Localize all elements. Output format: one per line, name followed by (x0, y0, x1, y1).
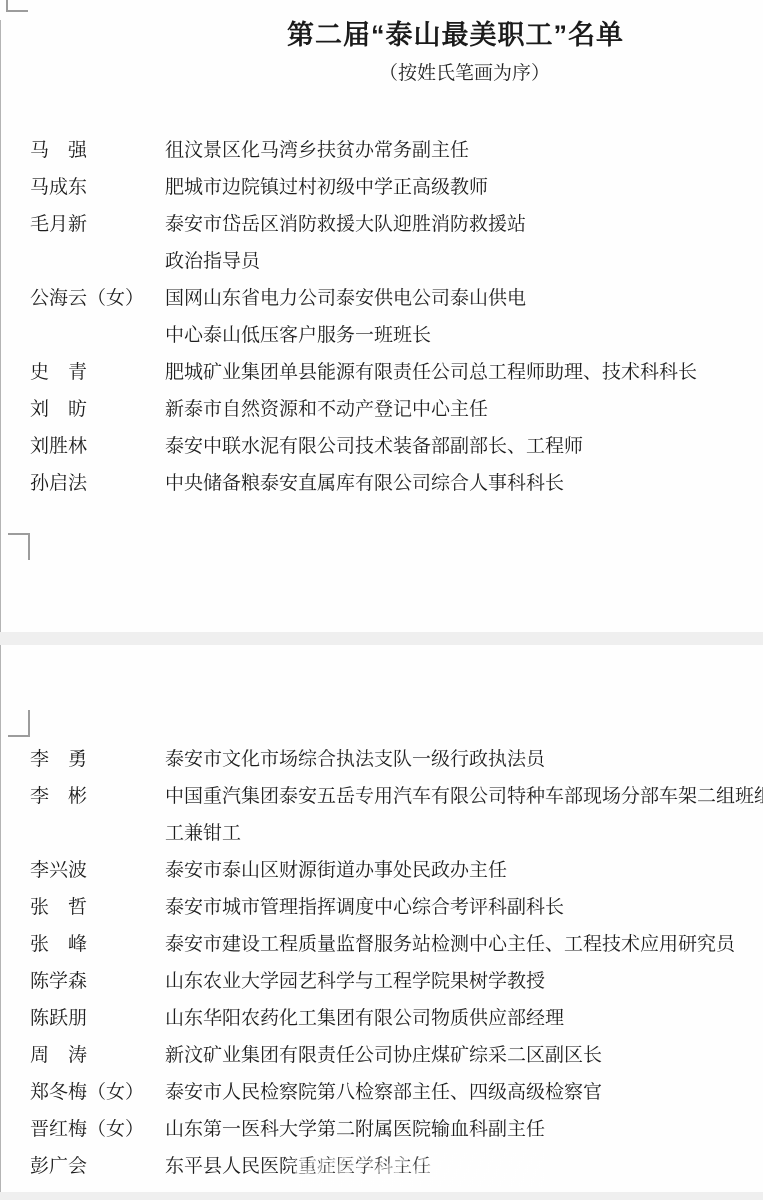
entry-role: 新汶矿业集团有限责任公司协庄煤矿综采二区副区长 (165, 1037, 763, 1074)
entry-role-line: 中央储备粮泰安直属库有限公司综合人事科科长 (165, 465, 763, 502)
page-1-list: 马 强徂汶景区化马湾乡扶贫办常务副主任马成东肥城市边院镇过村初级中学正高级教师毛… (0, 132, 763, 502)
entry-name: 马成东 (30, 169, 165, 206)
entry-role: 山东农业大学园艺科学与工程学院果树学教授 (165, 963, 763, 1000)
list-entry: 马成东肥城市边院镇过村初级中学正高级教师 (0, 169, 763, 206)
entry-name: 陈跃朋 (30, 1000, 165, 1037)
entry-role: 泰安市岱岳区消防救援大队迎胜消防救援站政治指导员 (165, 206, 763, 280)
entry-role-line: 中心泰山低压客户服务一班班长 (165, 317, 763, 354)
page-gap-band (0, 632, 763, 645)
list-entry: 张 哲泰安市城市管理指挥调度中心综合考评科副科长 (0, 889, 763, 926)
entry-role-line: 泰安市文化市场综合执法支队一级行政执法员 (165, 741, 763, 778)
list-entry: 李兴波泰安市泰山区财源街道办事处民政办主任 (0, 852, 763, 889)
list-entry: 史 青肥城矿业集团单县能源有限责任公司总工程师助理、技术科科长 (0, 354, 763, 391)
entry-role: 泰安市建设工程质量监督服务站检测中心主任、工程技术应用研究员 (165, 926, 763, 963)
list-entry: 马 强徂汶景区化马湾乡扶贫办常务副主任 (0, 132, 763, 169)
entry-name: 史 青 (30, 354, 165, 391)
list-entry: 彭广会东平县人民医院重症医学科主任 (0, 1148, 763, 1185)
entry-role-line: 山东农业大学园艺科学与工程学院果树学教授 (165, 963, 763, 1000)
entry-role-line: 政治指导员 (165, 243, 763, 280)
text-boundary-mark-top (6, 0, 28, 12)
entry-role: 泰安中联水泥有限公司技术装备部副部长、工程师 (165, 428, 763, 465)
document-page: { "document": { "title": "第二届“泰山最美职工”名单"… (0, 0, 763, 1200)
entry-role: 泰安市泰山区财源街道办事处民政办主任 (165, 852, 763, 889)
entry-role-line: 新泰市自然资源和不动产登记中心主任 (165, 391, 763, 428)
entry-role: 东平县人民医院重症医学科主任 (165, 1148, 763, 1185)
entry-role: 山东第一医科大学第二附属医院输血科副主任 (165, 1111, 763, 1148)
entry-role: 新泰市自然资源和不动产登记中心主任 (165, 391, 763, 428)
entry-role-line: 泰安市建设工程质量监督服务站检测中心主任、工程技术应用研究员 (165, 926, 763, 963)
entry-role-line: 泰安市岱岳区消防救援大队迎胜消防救援站 (165, 206, 763, 243)
entry-role-line: 国网山东省电力公司泰安供电公司泰山供电 (165, 280, 763, 317)
entry-name: 周 涛 (30, 1037, 165, 1074)
entry-role-line: 工兼钳工 (165, 815, 763, 852)
entry-role: 泰安市文化市场综合执法支队一级行政执法员 (165, 741, 763, 778)
entry-role: 山东华阳农药化工集团有限公司物质供应部经理 (165, 1000, 763, 1037)
entry-role: 泰安市城市管理指挥调度中心综合考评科副科长 (165, 889, 763, 926)
entry-role: 泰安市人民检察院第八检察部主任、四级高级检察官 (165, 1074, 763, 1111)
entry-name: 张 哲 (30, 889, 165, 926)
list-entry: 陈学森山东农业大学园艺科学与工程学院果树学教授 (0, 963, 763, 1000)
list-entry: 刘胜林泰安中联水泥有限公司技术装备部副部长、工程师 (0, 428, 763, 465)
entry-role-line: 肥城市边院镇过村初级中学正高级教师 (165, 169, 763, 206)
entry-role-line: 中国重汽集团泰安五岳专用汽车有限公司特种车部现场分部车架二组班组 (165, 778, 763, 815)
entry-role: 肥城市边院镇过村初级中学正高级教师 (165, 169, 763, 206)
entry-role-line: 新汶矿业集团有限责任公司协庄煤矿综采二区副区长 (165, 1037, 763, 1074)
entry-role: 中央储备粮泰安直属库有限公司综合人事科科长 (165, 465, 763, 502)
list-entry: 郑冬梅（女）泰安市人民检察院第八检察部主任、四级高级检察官 (0, 1074, 763, 1111)
entry-role: 国网山东省电力公司泰安供电公司泰山供电中心泰山低压客户服务一班班长 (165, 280, 763, 354)
entry-role: 肥城矿业集团单县能源有限责任公司总工程师助理、技术科科长 (165, 354, 763, 391)
entry-name: 毛月新 (30, 206, 165, 243)
bottom-gap-band (0, 1192, 763, 1200)
entry-role-line: 徂汶景区化马湾乡扶贫办常务副主任 (165, 132, 763, 169)
entry-role: 中国重汽集团泰安五岳专用汽车有限公司特种车部现场分部车架二组班组工兼钳工 (165, 778, 763, 852)
entry-name: 李 勇 (30, 741, 165, 778)
entry-name: 刘胜林 (30, 428, 165, 465)
entry-name: 郑冬梅（女） (30, 1074, 165, 1111)
entry-name: 公海云（女） (30, 280, 165, 317)
list-entry: 李 彬中国重汽集团泰安五岳专用汽车有限公司特种车部现场分部车架二组班组工兼钳工 (0, 778, 763, 852)
list-entry: 周 涛新汶矿业集团有限责任公司协庄煤矿综采二区副区长 (0, 1037, 763, 1074)
entry-role-line: 泰安市人民检察院第八检察部主任、四级高级检察官 (165, 1074, 763, 1111)
entry-name: 李兴波 (30, 852, 165, 889)
text-boundary-mark-page1-bottom (8, 533, 30, 560)
list-entry: 公海云（女）国网山东省电力公司泰安供电公司泰山供电中心泰山低压客户服务一班班长 (0, 280, 763, 354)
entry-name: 马 强 (30, 132, 165, 169)
document-subtitle: （按姓氏笔画为序） (379, 58, 550, 85)
list-entry: 李 勇泰安市文化市场综合执法支队一级行政执法员 (0, 741, 763, 778)
entry-role-line: 泰安市泰山区财源街道办事处民政办主任 (165, 852, 763, 889)
page-2-list: 李 勇泰安市文化市场综合执法支队一级行政执法员李 彬中国重汽集团泰安五岳专用汽车… (0, 741, 763, 1185)
entry-name: 刘 昉 (30, 391, 165, 428)
list-entry: 陈跃朋山东华阳农药化工集团有限公司物质供应部经理 (0, 1000, 763, 1037)
entry-name: 晋红梅（女） (30, 1111, 165, 1148)
entry-role-line: 泰安市城市管理指挥调度中心综合考评科副科长 (165, 889, 763, 926)
document-title: 第二届“泰山最美职工”名单 (287, 13, 624, 52)
entry-name: 彭广会 (30, 1148, 165, 1185)
entry-role: 徂汶景区化马湾乡扶贫办常务副主任 (165, 132, 763, 169)
list-entry: 张 峰泰安市建设工程质量监督服务站检测中心主任、工程技术应用研究员 (0, 926, 763, 963)
text-boundary-mark-page2-top (8, 710, 30, 737)
list-entry: 晋红梅（女）山东第一医科大学第二附属医院输血科副主任 (0, 1111, 763, 1148)
entry-name: 张 峰 (30, 926, 165, 963)
list-entry: 孙启法中央储备粮泰安直属库有限公司综合人事科科长 (0, 465, 763, 502)
entry-role-line: 肥城矿业集团单县能源有限责任公司总工程师助理、技术科科长 (165, 354, 763, 391)
list-entry: 刘 昉新泰市自然资源和不动产登记中心主任 (0, 391, 763, 428)
entry-name: 李 彬 (30, 778, 165, 815)
entry-role-line: 东平县人民医院重症医学科主任 (165, 1148, 763, 1185)
list-entry: 毛月新泰安市岱岳区消防救援大队迎胜消防救援站政治指导员 (0, 206, 763, 280)
entry-role-line: 泰安中联水泥有限公司技术装备部副部长、工程师 (165, 428, 763, 465)
entry-name: 孙启法 (30, 465, 165, 502)
entry-name: 陈学森 (30, 963, 165, 1000)
entry-role-line: 山东华阳农药化工集团有限公司物质供应部经理 (165, 1000, 763, 1037)
entry-role-line: 山东第一医科大学第二附属医院输血科副主任 (165, 1111, 763, 1148)
